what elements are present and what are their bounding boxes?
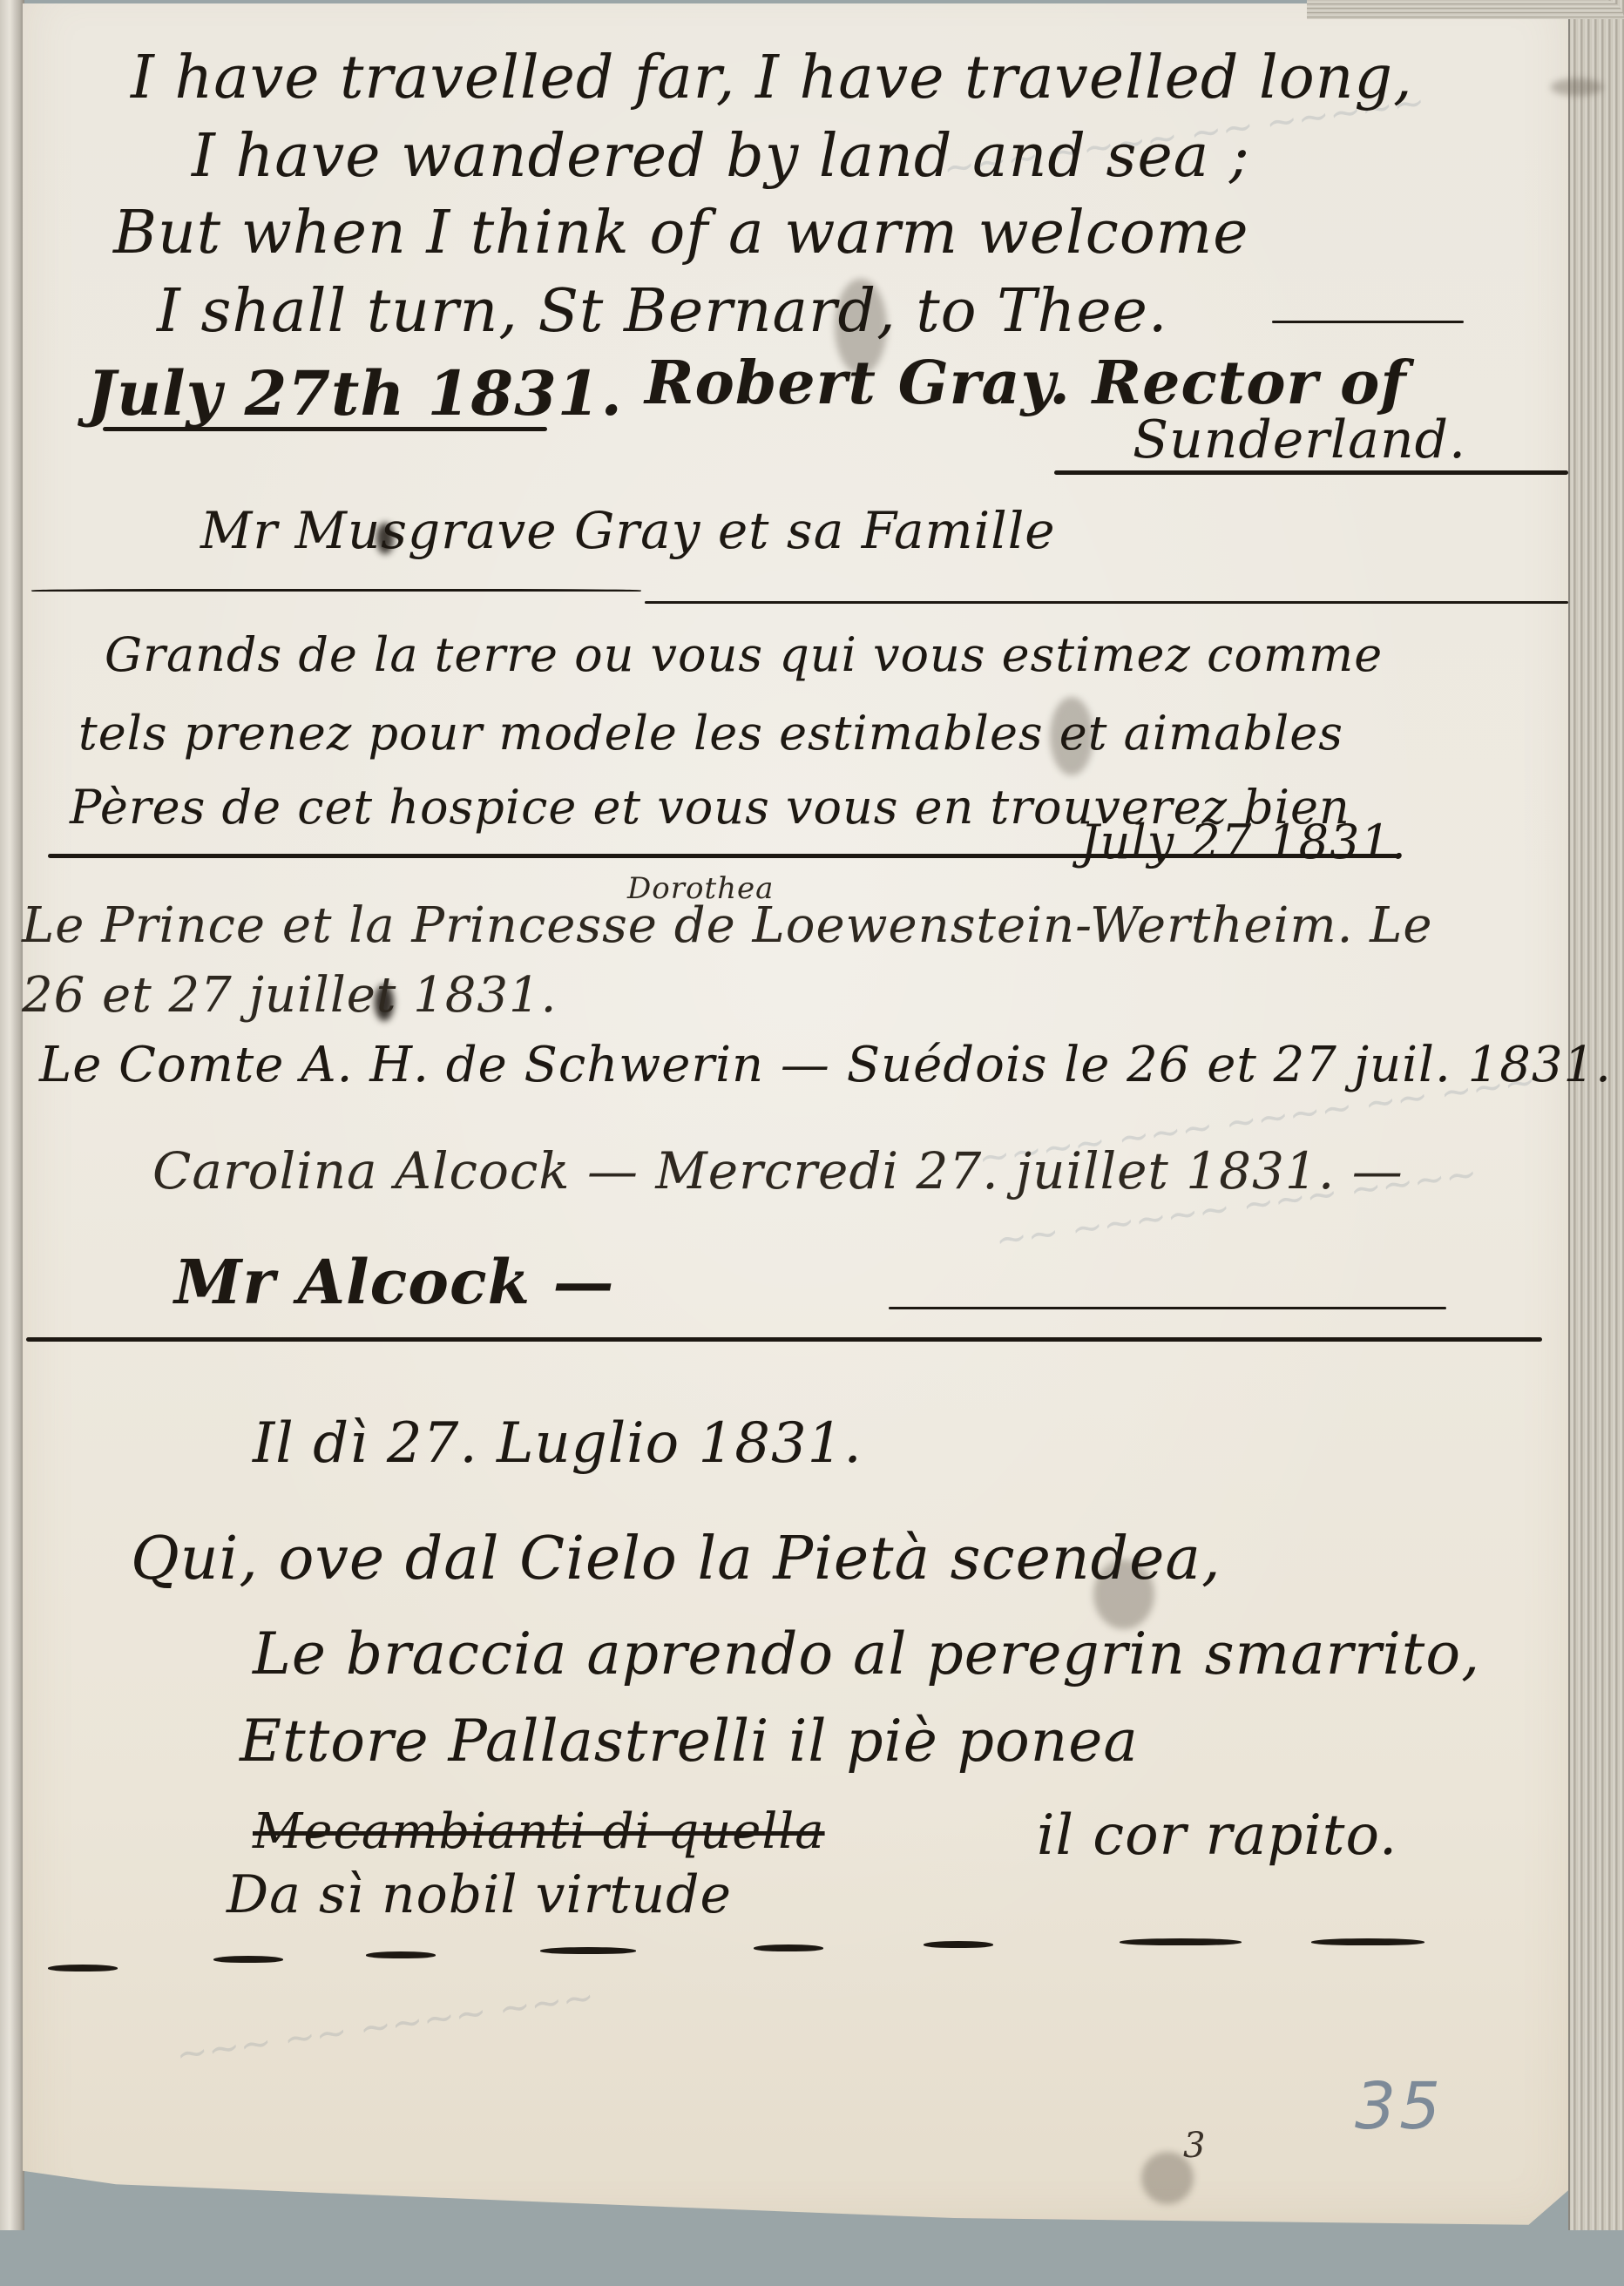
verse-line: Qui, ove dal Cielo la Pietà scendea, [131, 1525, 1221, 1593]
entry-date: July 27th 1831. [87, 357, 623, 429]
closing-dash [1311, 1938, 1424, 1945]
stacked-page-edges [1568, 0, 1624, 2230]
closing-dash [366, 1951, 436, 1958]
correction-line: Da sì nobil virtude [227, 1864, 732, 1925]
scanned-page-background: ~~~ ~~~~ ~~ ~~~~~ ~~~~ ~~~ ~~~~ ~~ ~~~ ~… [0, 0, 1624, 2286]
entry-date: Il dì 27. Luglio 1831. [253, 1411, 863, 1476]
bottom-mark: 3 [1183, 2126, 1205, 2166]
underline [103, 427, 547, 431]
section-divider-line [26, 1337, 1542, 1342]
closing-dash [48, 1965, 118, 1972]
entry-date: July 27 1831. [1080, 815, 1407, 869]
divider-line [645, 601, 1568, 604]
underline [1272, 321, 1464, 323]
divider-line [889, 1307, 1446, 1309]
verse-line: I have wandered by land and sea ; [192, 122, 1250, 191]
divider-line [48, 854, 1398, 858]
closing-dash [540, 1947, 636, 1954]
underline [1054, 470, 1568, 475]
guest-entry: Mr Musgrave Gray et sa Famille [200, 501, 1056, 560]
closing-dash [213, 1956, 283, 1963]
verse-line: Le braccia aprendo al peregrin smarrito, [253, 1620, 1480, 1687]
closing-dash [754, 1944, 823, 1951]
signature-place: Sunderland. [1133, 409, 1466, 470]
verse-line: il cor rapito. [1037, 1803, 1397, 1868]
divider-line [31, 589, 641, 592]
verse-line: But when I think of a warm welcome [113, 199, 1249, 267]
closing-dash [1120, 1938, 1242, 1945]
verse-line: Grands de la terre ou vous qui vous esti… [105, 627, 1383, 682]
top-page-edge [1307, 0, 1624, 19]
left-page-edge [0, 0, 24, 2230]
guest-entry: Le Comte A. H. de Schwerin — Suédois le … [39, 1037, 1612, 1093]
closing-dash [924, 1941, 993, 1948]
signature: Robert Gray. Rector of [645, 348, 1407, 418]
guest-entry: Mr Alcock — [174, 1246, 614, 1318]
verse-line: tels prenez pour modele les estimables e… [78, 706, 1343, 761]
ink-stain [1551, 78, 1603, 96]
guest-entry: 26 et 27 juillet 1831. [22, 967, 557, 1024]
verse-line: Ettore Pallastrelli il piè ponea [240, 1708, 1139, 1775]
guest-entry: Le Prince et la Princesse de Loewenstein… [22, 897, 1433, 954]
guest-entry: Carolina Alcock — Mercredi 27. juillet 1… [152, 1141, 1404, 1200]
struck-through-text: Mecambianti di quella [253, 1803, 825, 1860]
folio-number: 35 [1355, 2069, 1444, 2144]
verse-line: I have travelled far, I have travelled l… [131, 44, 1413, 112]
verse-line: I shall turn, St Bernard, to Thee. [157, 277, 1167, 346]
